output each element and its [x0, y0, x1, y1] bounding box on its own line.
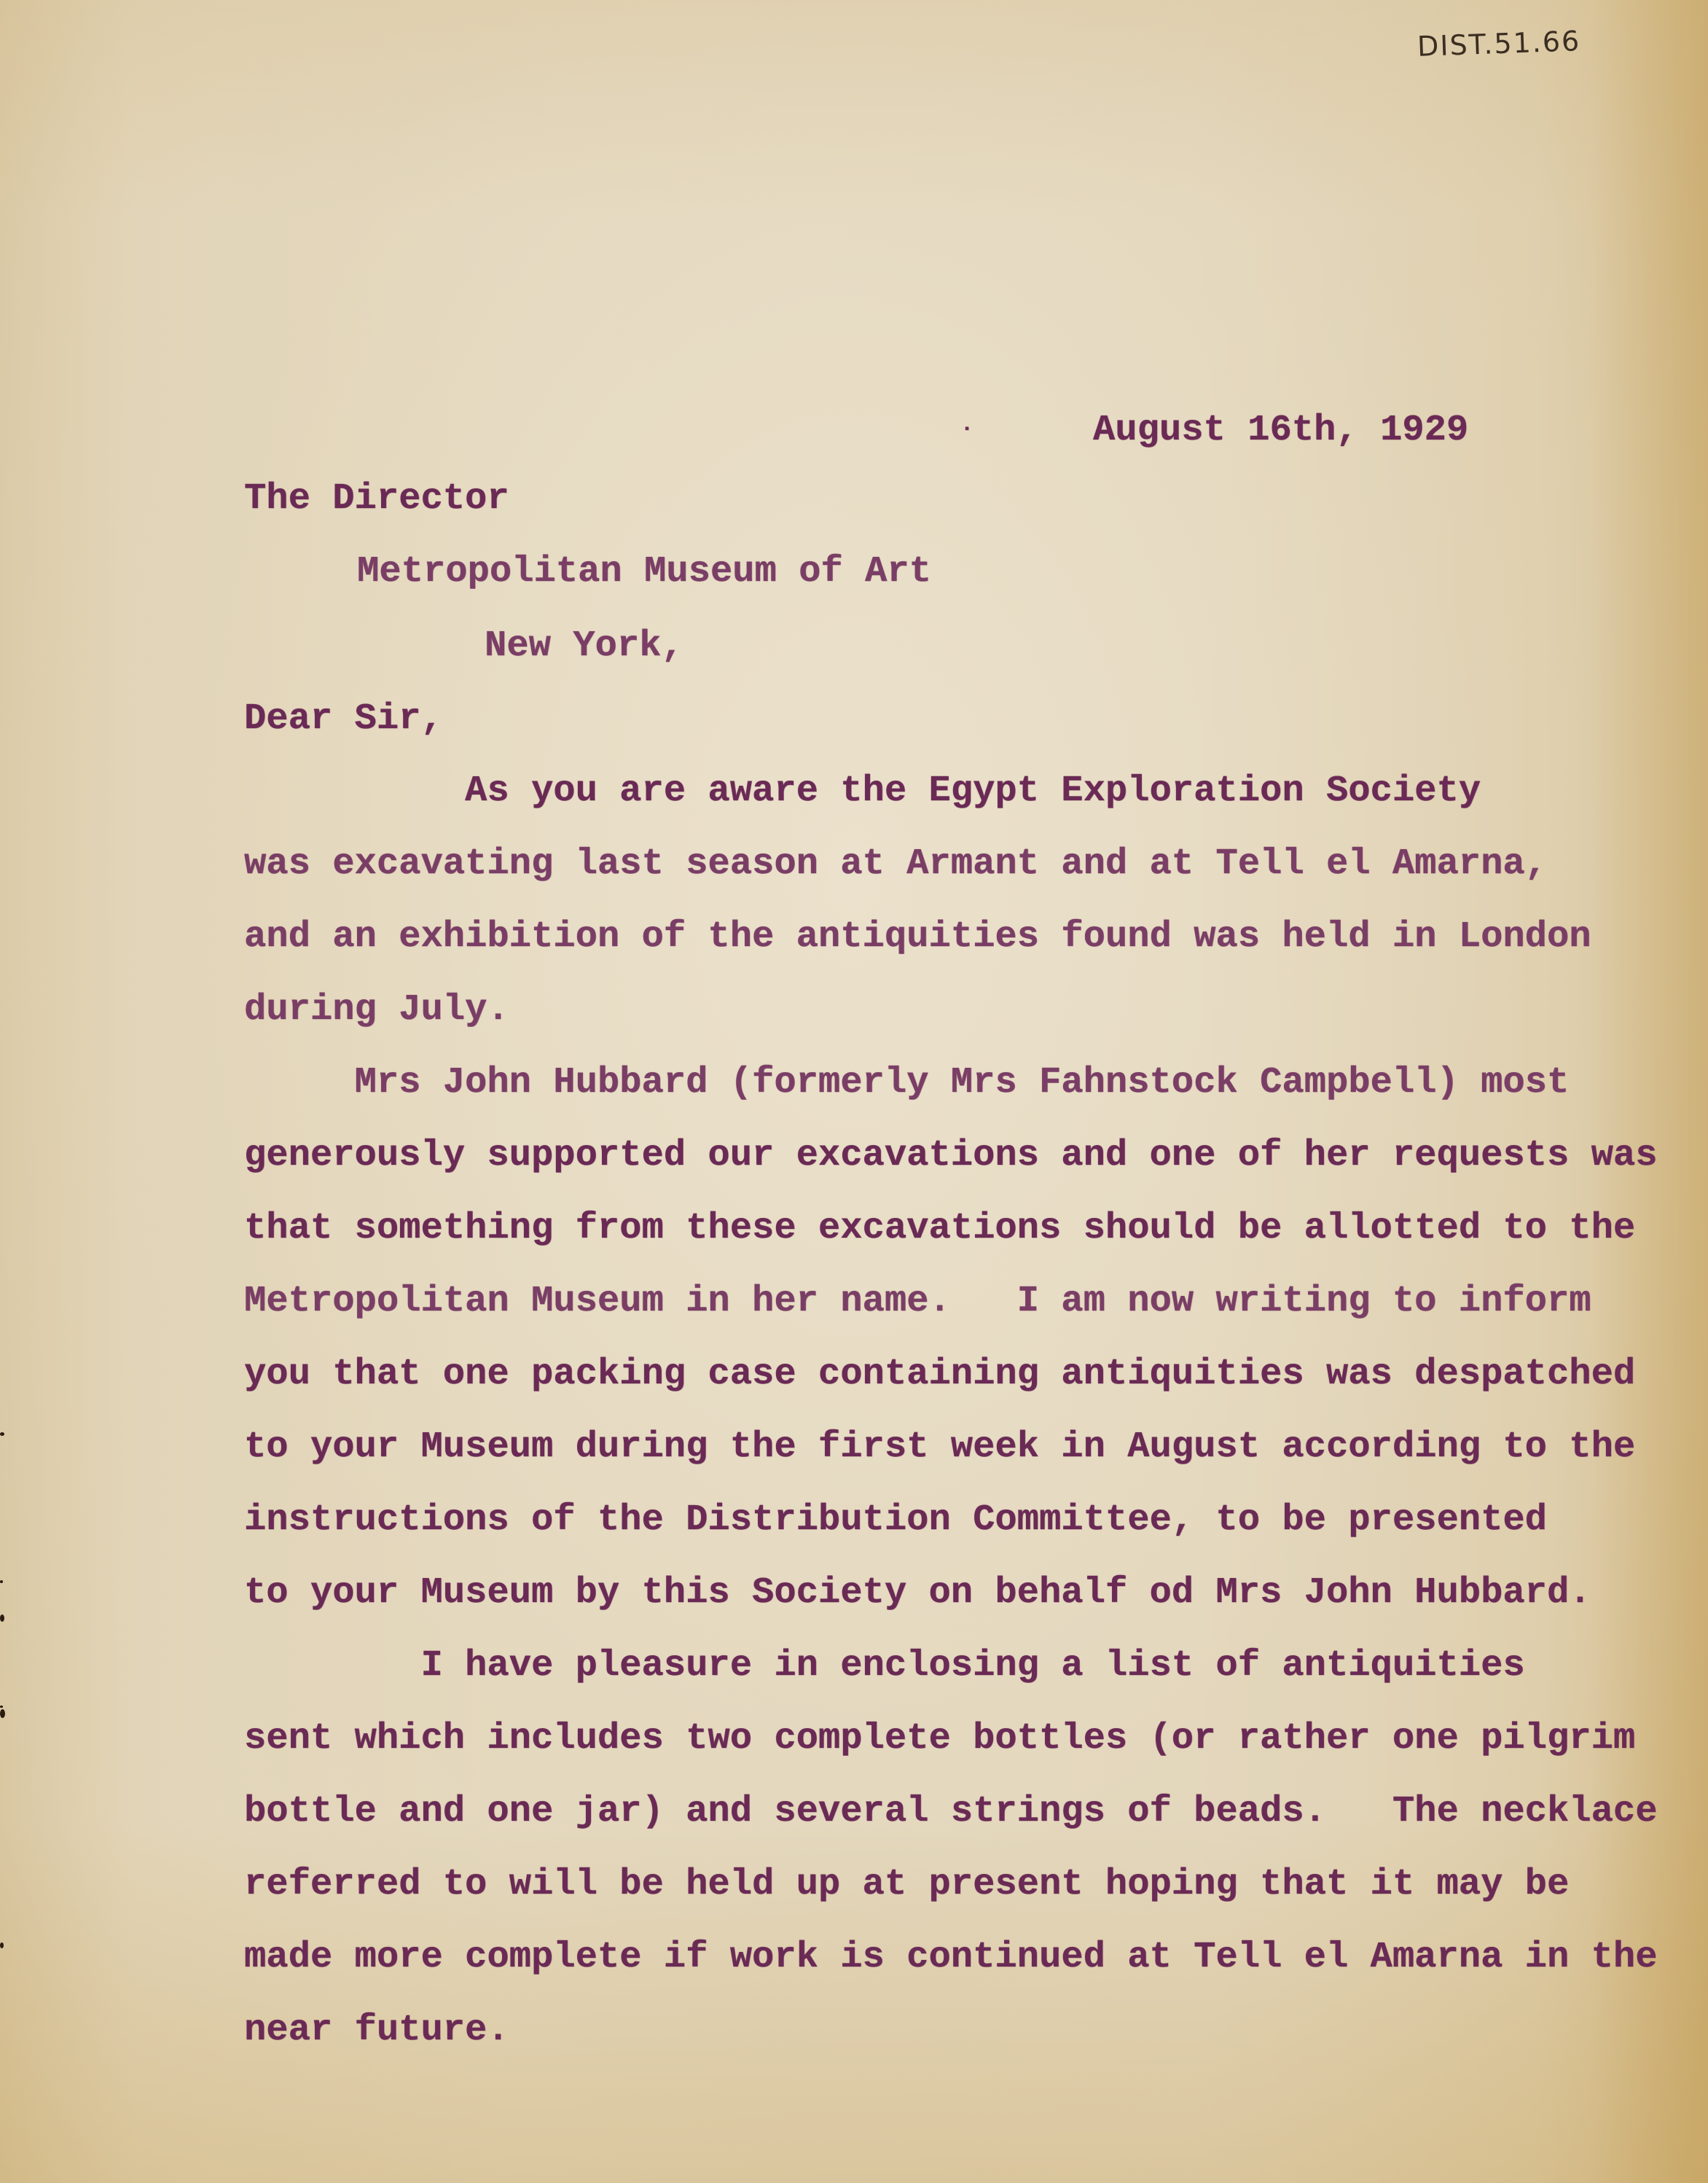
edge-speck [0, 1580, 3, 1583]
body-line: near future. [244, 2012, 509, 2050]
recipient-title: The Director [244, 481, 509, 518]
body-line: As you are aware the Egypt Exploration S… [244, 773, 1481, 811]
body-line: I have pleasure in enclosing a list of a… [244, 1648, 1525, 1685]
edge-speck [0, 1706, 3, 1708]
body-line: you that one packing case containing ant… [244, 1356, 1635, 1394]
body-line: was excavating last season at Armant and… [244, 846, 1547, 883]
salutation: Dear Sir, [244, 701, 443, 738]
body-line: and an exhibition of the antiquities fou… [244, 919, 1591, 956]
body-line: bottle and one jar) and several strings … [244, 1794, 1658, 1831]
body-line: referred to will be held up at present h… [244, 1867, 1569, 1904]
edge-speck [0, 1942, 4, 1948]
edge-speck [0, 1709, 5, 1718]
body-line: instructions of the Distribution Committ… [244, 1502, 1547, 1539]
body-line: to your Museum during the first week in … [244, 1429, 1635, 1467]
accession-number: DIST.51.66 [1417, 25, 1581, 63]
body-line: that something from these excavations sh… [244, 1211, 1635, 1248]
paper-aging-right [1591, 0, 1708, 2183]
body-line: to your Museum by this Society on behalf… [244, 1575, 1591, 1612]
body-line: generously supported our excavations and… [244, 1138, 1658, 1175]
letter-date: August 16th, 1929 [1093, 413, 1468, 450]
recipient-institution: Metropolitan Museum of Art [357, 554, 931, 591]
edge-speck [0, 1432, 4, 1436]
body-line: sent which includes two complete bottles… [244, 1721, 1635, 1758]
recipient-city: New York, [485, 628, 683, 665]
body-line: Metropolitan Museum in her name. I am no… [244, 1284, 1591, 1321]
body-line: Mrs John Hubbard (formerly Mrs Fahnstock… [244, 1065, 1569, 1102]
stray-dot: . [960, 414, 974, 436]
body-line: made more complete if work is continued … [244, 1940, 1658, 1977]
edge-speck [0, 1614, 4, 1622]
body-line: during July. [244, 992, 509, 1029]
